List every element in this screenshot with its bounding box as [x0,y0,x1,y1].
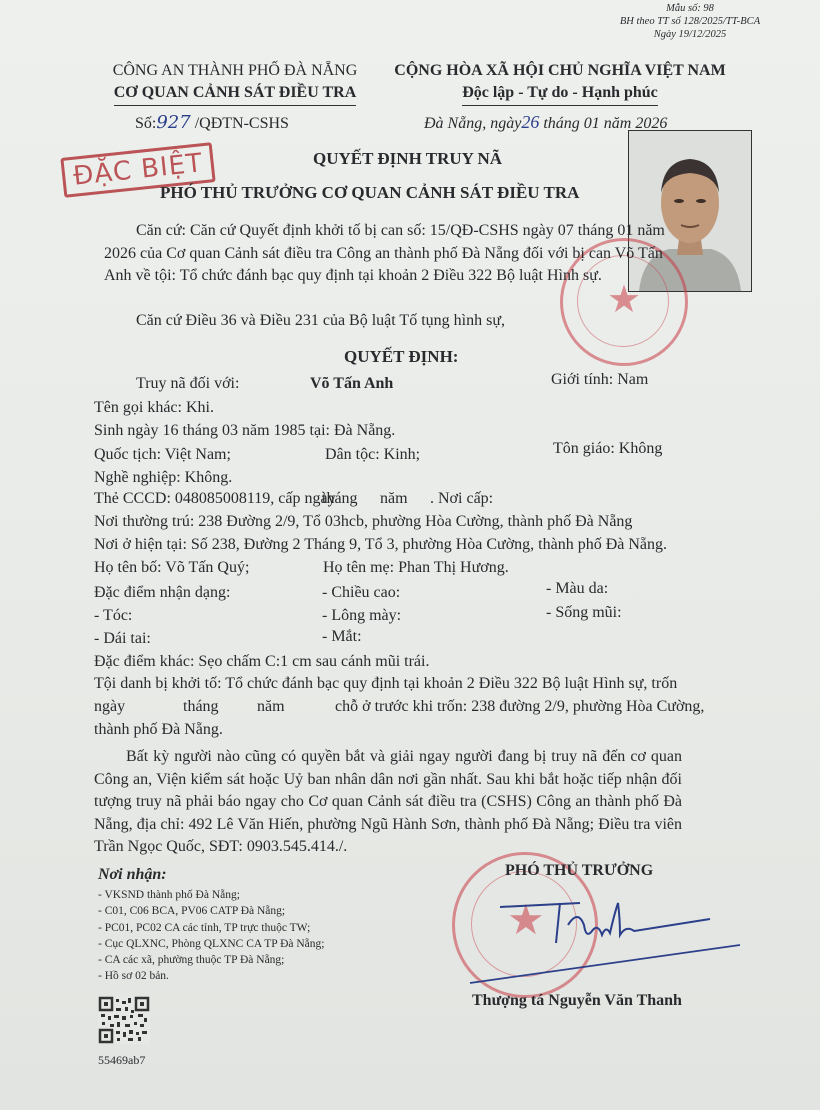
wanted-decision-document: Mẫu số: 98 BH theo TT số 128/2025/TT-BCA… [0,0,820,1110]
id-card: Thẻ CCCD: 048085008119, cấp ngày [94,490,336,508]
signer-title: PHÓ THỦ TRƯỞNG [505,862,653,880]
permanent-residence: Nơi thường trú: 238 Đường 2/9, Tổ 03hcb,… [94,513,632,531]
document-title: QUYẾT ĐỊNH TRUY NÃ [313,149,502,169]
form-issued-by: BH theo TT số 128/2025/TT-BCA [590,15,790,28]
charge-line-3: thành phố Đà Nẵng. [94,721,223,739]
recipient-item: - CA các xã, phường thuộc TP Đà Nẵng; [98,952,325,968]
arrest-instruction: Bất kỳ người nào cũng có quyền bắt và gi… [94,746,682,859]
father-name: Họ tên bố: Võ Tấn Quý; [94,559,249,577]
recipient-item: - PC01, PC02 CA các tỉnh, TP trực thuộc … [98,920,325,936]
feature-hair: - Tóc: [94,607,132,625]
feature-eyes: - Mắt: [322,628,362,646]
form-reference: Mẫu số: 98 BH theo TT số 128/2025/TT-BCA… [590,2,790,41]
signer-name: Thượng tá Nguyễn Văn Thanh [472,992,682,1010]
current-residence: Nơi ở hiện tại: Số 238, Đường 2 Tháng 9,… [94,536,667,554]
handwritten-number: 927 [156,112,190,133]
country-line-1: CỘNG HÒA XÃ HỘI CHỦ NGHĨA VIỆT NAM [370,60,750,82]
form-number: Mẫu số: 98 [590,2,790,15]
id-place: . Nơi cấp: [430,490,493,508]
charge-year: năm [257,698,285,716]
recipients-list: - VKSND thành phố Đà Nẵng; - C01, C06 BC… [98,887,325,985]
wanted-label: Truy nã đối với: [136,375,239,393]
signature-icon [460,895,740,990]
nationality: Quốc tịch: Việt Nam; [94,446,231,464]
agency-header: CÔNG AN THÀNH PHỐ ĐÀ NẴNG CƠ QUAN CẢNH S… [100,60,370,106]
recipient-item: - C01, C06 BCA, PV06 CATP Đà Nẵng; [98,903,325,919]
qr-code-icon [98,996,150,1044]
agency-line-2: CƠ QUAN CẢNH SÁT ĐIỀU TRA [114,82,357,106]
gender: Giới tính: Nam [551,371,648,389]
religion: Tôn giáo: Không [553,440,662,458]
alias: Tên gọi khác: Khi. [94,399,214,417]
features-label: Đặc điểm nhận dạng: [94,584,230,602]
id-year: năm [380,490,408,508]
document-code: 55469ab7 [98,1053,145,1068]
handwritten-day: 26 [521,112,539,132]
legal-basis-2: Căn cứ Điều 36 và Điều 231 của Bộ luật T… [136,310,505,333]
charge-line-2: chỗ ở trước khi trốn: 238 đường 2/9, phư… [335,698,704,716]
id-month: tháng [322,490,358,508]
recipient-item: - VKSND thành phố Đà Nẵng; [98,887,325,903]
feature-eyebrows: - Lông mày: [322,607,401,625]
charge-day: ngày [94,698,125,716]
feature-nose: - Sống mũi: [546,604,622,622]
document-number: Số:927 /QĐTN-CSHS [135,112,289,133]
mother-name: Họ tên mẹ: Phan Thị Hương. [323,559,509,577]
form-date: Ngày 19/12/2025 [590,28,790,41]
country-motto: Độc lập - Tự do - Hạnh phúc [462,82,658,106]
ethnicity: Dân tộc: Kinh; [325,446,420,464]
birth-info: Sinh ngày 16 tháng 03 năm 1985 tại: Đà N… [94,422,395,440]
occupation: Nghề nghiệp: Không. [94,469,232,487]
issuing-authority: PHÓ THỦ TRƯỞNG CƠ QUAN CẢNH SÁT ĐIỀU TRA [160,183,579,203]
feature-skin: - Màu da: [546,580,608,598]
charge-line-1: Tội danh bị khởi tố: Tổ chức đánh bạc qu… [94,675,677,693]
feature-earlobe: - Dái tai: [94,630,151,648]
decision-heading: QUYẾT ĐỊNH: [344,347,458,367]
recipient-item: - Cục QLXNC, Phòng QLXNC CA TP Đà Nẵng; [98,936,325,952]
feature-height: - Chiều cao: [322,584,400,602]
suspect-name: Võ Tấn Anh [310,375,393,393]
charge-month: tháng [183,698,219,716]
recipients-title: Nơi nhận: [98,866,167,884]
feature-other: Đặc điểm khác: Sẹo chấm C:1 cm sau cánh … [94,653,429,671]
legal-basis-1: Căn cứ: Căn cứ Quyết định khởi tố bị can… [104,220,674,288]
agency-line-1: CÔNG AN THÀNH PHỐ ĐÀ NẴNG [100,60,370,82]
country-header: CỘNG HÒA XÃ HỘI CHỦ NGHĨA VIỆT NAM Độc l… [370,60,750,106]
recipient-item: - Hồ sơ 02 bản. [98,968,325,984]
